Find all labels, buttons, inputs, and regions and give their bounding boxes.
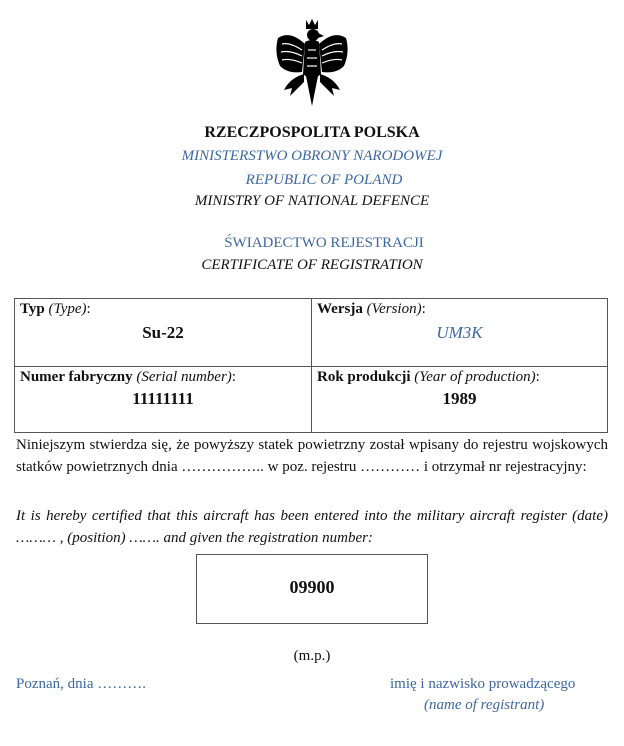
registrant-name-label-en: (name of registrant) bbox=[424, 697, 544, 714]
aircraft-details-table: Typ (Type): Su-22 Wersja (Version): UM3K… bbox=[14, 298, 608, 433]
version-label: Wersja (Version): bbox=[317, 301, 426, 318]
serial-number-value: 11111111 bbox=[15, 389, 311, 409]
type-value: Su-22 bbox=[15, 323, 311, 343]
production-year-cell: Rok produkcji (Year of production): 1989 bbox=[312, 367, 607, 432]
seal-placeholder: (m.p.) bbox=[0, 648, 624, 665]
type-label: Typ (Type): bbox=[20, 301, 91, 318]
serial-number-label: Numer fabryczny (Serial number): bbox=[20, 369, 236, 386]
place-and-date: Poznań, dnia ………. bbox=[16, 676, 146, 693]
statement-en: It is hereby certified that this aircraf… bbox=[16, 505, 608, 549]
version-cell: Wersja (Version): UM3K bbox=[312, 299, 607, 367]
country-name-en: REPUBLIC OF POLAND bbox=[12, 172, 624, 189]
ministry-name-pl: MINISTERSTWO OBRONY NARODOWEJ bbox=[0, 148, 624, 165]
version-value: UM3K bbox=[312, 323, 607, 343]
registration-number-box: 09900 bbox=[196, 554, 428, 624]
production-year-label: Rok produkcji (Year of production): bbox=[317, 369, 540, 386]
production-year-value: 1989 bbox=[312, 389, 607, 409]
type-cell: Typ (Type): Su-22 bbox=[15, 299, 312, 367]
registration-number: 09900 bbox=[197, 577, 427, 598]
country-name-pl: RZECZPOSPOLITA POLSKA bbox=[0, 124, 624, 142]
certificate-title-en: CERTIFICATE OF REGISTRATION bbox=[0, 257, 624, 274]
certificate-title-pl: ŚWIADECTWO REJESTRACJI bbox=[12, 235, 624, 252]
statement-pl: Niniejszym stwierdza się, że powyższy st… bbox=[16, 434, 608, 478]
serial-number-cell: Numer fabryczny (Serial number): 1111111… bbox=[15, 367, 312, 432]
polish-eagle-emblem-icon bbox=[272, 16, 352, 112]
ministry-name-en: MINISTRY OF NATIONAL DEFENCE bbox=[0, 193, 624, 210]
registrant-name-label-pl: imię i nazwisko prowadzącego bbox=[390, 676, 575, 693]
